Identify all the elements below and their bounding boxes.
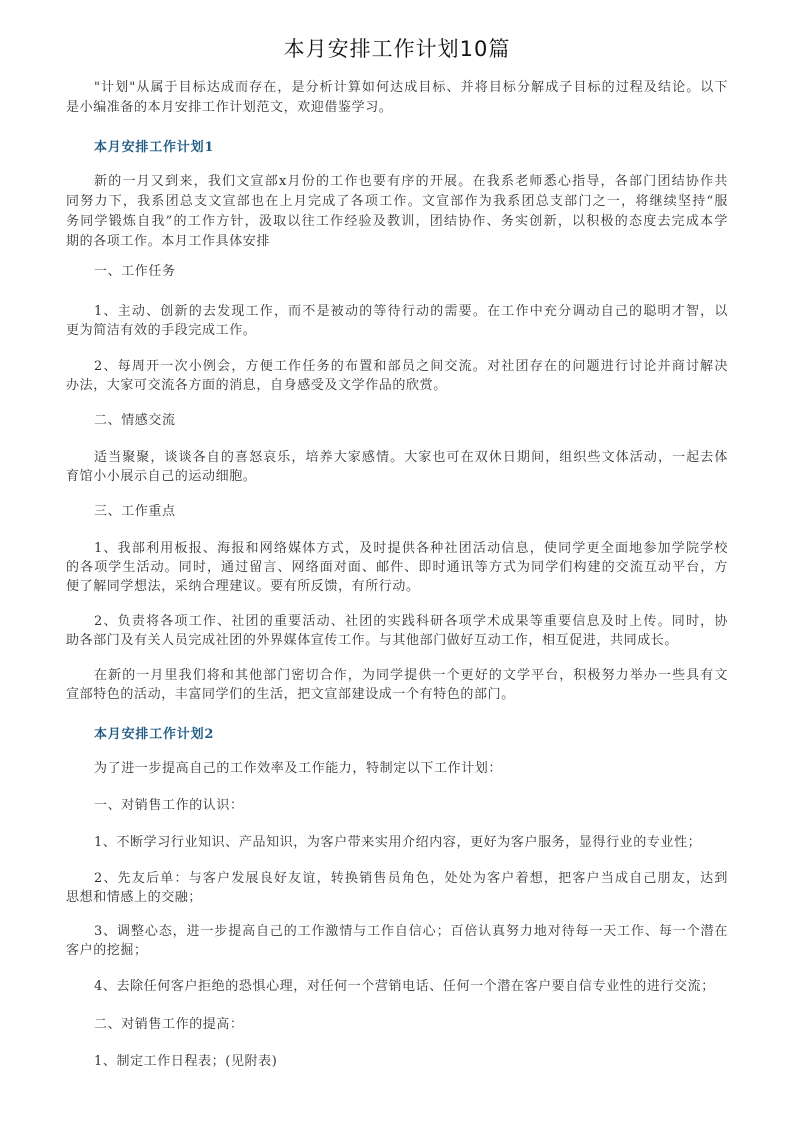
paragraph-line: 更为简洁有效的手段完成工作。	[66, 322, 256, 340]
paragraph-line: 2、每周开一次小例会，方便工作任务的布置和部员之间交流。对社团存在的问题进行讨论…	[94, 358, 728, 376]
paragraph-line: 助各部门及有关人员完成社团的外界媒体宣传工作。与其他部门做好互动工作，相互促进，…	[66, 632, 678, 650]
paragraph-line: 2、先友后单：与客户发展良好友谊，转换销售员角色，处处为客户着想，把客户当成自己…	[94, 870, 728, 888]
subheading-line: 三、工作重点	[94, 503, 176, 521]
paragraph-line: 务同学锻炼自我”的工作方针，汲取以往工作经验及教训，团结协作、务实创新，以积极的…	[66, 213, 728, 231]
paragraph-line: 宣部特色的活动，丰富同学们的生活，把文宣部建设成一个有特色的部门。	[66, 686, 515, 704]
paragraph-line: 3、调整心态，进一步提高自己的工作激情与工作自信心；百倍认真努力地对待每一天工作…	[94, 923, 728, 941]
paragraph-line: 1、我部利用板报、海报和网络媒体方式，及时提供各种社团活动信息，使同学更全面地参…	[94, 540, 728, 558]
subheading-line: 二、情感交流	[94, 412, 176, 430]
paragraph-line: 4、去除任何客户拒绝的恐惧心理，对任何一个营销电话、任何一个潜在客户要自信专业性…	[94, 978, 715, 996]
paragraph-line: 的各项学生活动。同时，通过留言、网络面对面、邮件、即时通讯等方式为同学们构建的交…	[66, 559, 728, 577]
paragraph-line: 1、制定工作日程表；(见附表)	[94, 1053, 277, 1071]
paragraph-line: 2、负责将各项工作、社团的重要活动、社团的实践科研各项学术成果等重要信息及时上传…	[94, 613, 728, 631]
paragraph-line: 1、不断学习行业知识、产品知识，为客户带来实用介绍内容，更好为客户服务，显得行业…	[94, 834, 701, 852]
paragraph-line: 适当聚聚，谈谈各自的喜怒哀乐，培养大家感情。大家也可在双休日期间，组织些文体活动…	[94, 449, 728, 467]
paragraph-line: 新的一月又到来，我们文宣部x月份的工作也要有序的开展。在我系老师悉心指导，各部门…	[94, 173, 728, 191]
paragraph-line: 育馆小小展示自己的运动细胞。	[66, 468, 256, 486]
paragraph-line: 1、主动、创新的去发现工作，而不是被动的等待行动的需要。在工作中充分调动自己的聪…	[94, 303, 728, 321]
paragraph-line: 同努力下，我系团总支文宣部也在上月完成了各项工作。文宣部作为我系团总支部门之一，…	[66, 193, 728, 211]
intro-line: 是小编准备的本月安排工作计划范文，欢迎借鉴学习。	[66, 99, 392, 117]
section-heading: 本月安排工作计划1	[94, 136, 214, 155]
subheading-line: 一、工作任务	[94, 263, 176, 281]
subheading-line: 二、对销售工作的提高：	[94, 1016, 244, 1034]
paragraph-line: 便了解同学想法，采纳合理建议。要有所反馈，有所行动。	[66, 578, 420, 596]
paragraph-line: 客户的挖掘；	[66, 942, 148, 960]
paragraph-line: 为了进一步提高自己的工作效率及工作能力，特制定以下工作计划：	[94, 760, 502, 778]
paragraph-line: 思想和情感上的交融；	[66, 889, 202, 907]
document-title: 本月安排工作计划10篇	[0, 33, 794, 63]
paragraph-line: 期的各项工作。本月工作具体安排	[66, 233, 270, 251]
intro-line: "计划"从属于目标达成而存在，是分析计算如何达成目标、并将目标分解成子目标的过程…	[94, 79, 728, 97]
section-heading: 本月安排工作计划2	[94, 723, 214, 742]
paragraph-line: 办法，大家可交流各方面的消息，自身感受及文学作品的欣赏。	[66, 377, 447, 395]
subheading-line: 一、对销售工作的认识：	[94, 797, 244, 815]
paragraph-line: 在新的一月里我们将和其他部门密切合作，为同学提供一个更好的文学平台，积极努力举办…	[94, 667, 728, 685]
